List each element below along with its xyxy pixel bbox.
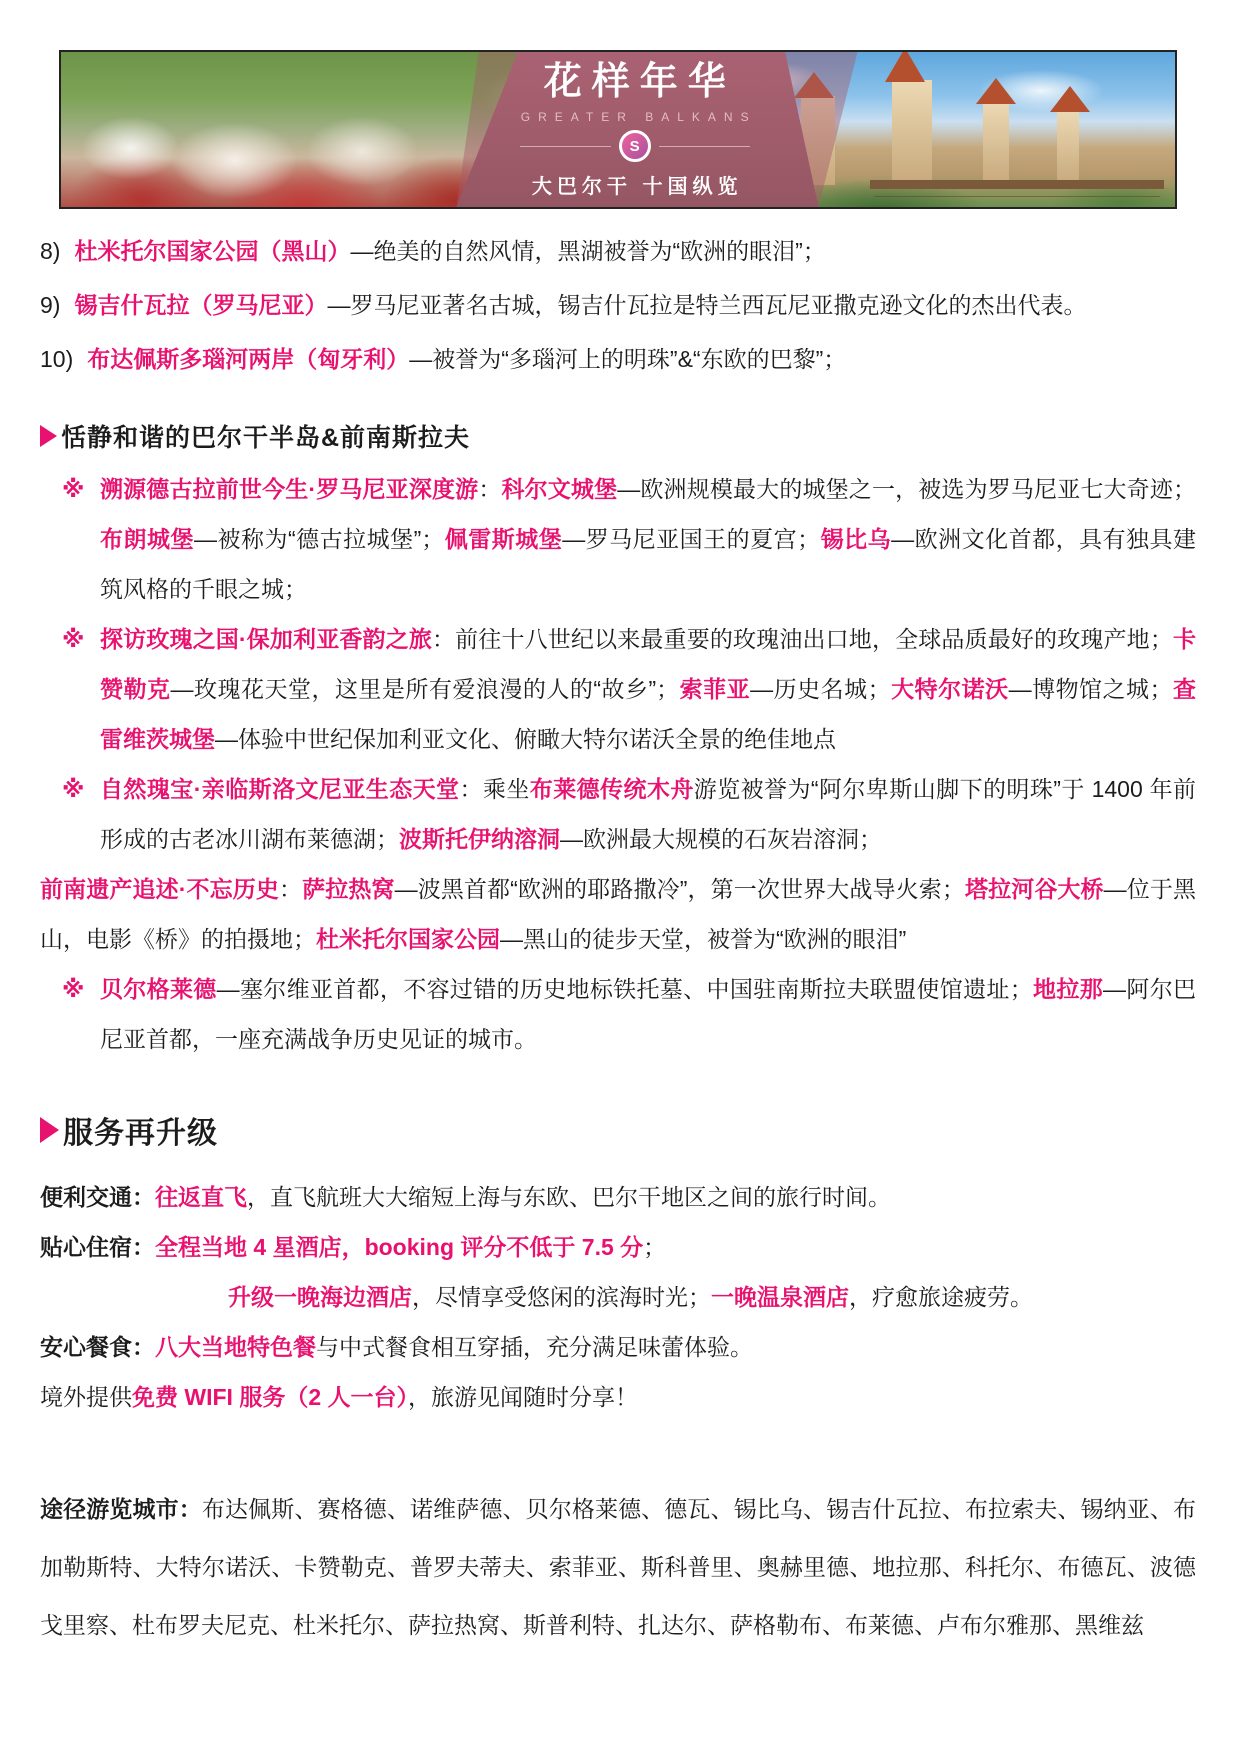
section-header-balkan: 恬静和谐的巴尔干半岛&前南斯拉夫 [40, 418, 1196, 454]
highlight-item: 10)布达佩斯多瑙河两岸（匈牙利）—被誉为“多瑙河上的明珠”&“东欧的巴黎”； [40, 334, 1196, 384]
highlight-item: 8)杜米托尔国家公园（黑山）—绝美的自然风情，黑湖被誉为“欧洲的眼泪”； [40, 226, 1196, 276]
banner-divider: S [520, 130, 750, 162]
service-line: 安心餐食：八大当地特色餐与中式餐食相互穿插，充分满足味蕾体验。 [40, 1322, 1196, 1372]
asterisk-marker: ※ [62, 764, 84, 814]
paragraph-text: 贝尔格莱德—塞尔维亚首都，不容过错的历史地标铁托墓、中国驻南斯拉夫联盟使馆遗址；… [100, 976, 1196, 1052]
service-line: 贴心住宿：全程当地 4 星酒店，booking 评分不低于 7.5 分； [40, 1222, 1196, 1272]
highlight-item: 9)锡吉什瓦拉（罗马尼亚）—罗马尼亚著名古城，锡吉什瓦拉是特兰西瓦尼亚撒克逊文化… [40, 280, 1196, 330]
section-title: 恬静和谐的巴尔干半岛&前南斯拉夫 [61, 418, 470, 454]
highlight-paragraph: ※ 溯源德古拉前世今生·罗马尼亚深度游：科尔文城堡—欧洲规模最大的城堡之一，被选… [40, 464, 1196, 614]
paragraph-text: 自然瑰宝·亲临斯洛文尼亚生态天堂：乘坐布莱德传统木舟游览被誉为“阿尔卑斯山脚下的… [100, 776, 1196, 852]
highlight-paragraph: ※ 贝尔格莱德—塞尔维亚首都，不容过错的历史地标铁托墓、中国驻南斯拉夫联盟使馆遗… [40, 964, 1196, 1064]
banner-subtitle: GREATER BALKANS [513, 110, 757, 124]
item-text: 布达佩斯多瑙河两岸（匈牙利）—被誉为“多瑙河上的明珠”&“东欧的巴黎”； [87, 346, 846, 372]
balkan-paragraphs: ※ 溯源德古拉前世今生·罗马尼亚深度游：科尔文城堡—欧洲规模最大的城堡之一，被选… [40, 464, 1196, 1064]
divider-line [659, 146, 750, 147]
banner-title: 花样年华 [534, 62, 736, 100]
castle-tower [1057, 110, 1079, 185]
highlight-paragraph: ※ 自然瑰宝·亲临斯洛文尼亚生态天堂：乘坐布莱德传统木舟游览被誉为“阿尔卑斯山脚… [40, 764, 1196, 864]
service-lines: 便利交通：往返直飞，直飞航班大大缩短上海与东欧、巴尔干地区之间的旅行时间。 贴心… [40, 1172, 1196, 1422]
castle-tower [892, 80, 932, 185]
item-text: 锡吉什瓦拉（罗马尼亚）—罗马尼亚著名古城，锡吉什瓦拉是特兰西瓦尼亚撒克逊文化的杰… [74, 292, 1086, 318]
castle-bridge [870, 180, 1164, 189]
section-header-service: 服务再升级 [40, 1108, 1196, 1152]
triangle-icon [40, 425, 57, 447]
paragraph-text: 溯源德古拉前世今生·罗马尼亚深度游：科尔文城堡—欧洲规模最大的城堡之一，被选为罗… [100, 476, 1196, 602]
divider-line [520, 146, 611, 147]
castle-tower [983, 102, 1009, 185]
numbered-highlights: 8)杜米托尔国家公园（黑山）—绝美的自然风情，黑湖被誉为“欧洲的眼泪”； 9)锡… [40, 226, 1196, 384]
highlight-paragraph: 前南遗产追述·不忘历史：萨拉热窝—波黑首都“欧洲的耶路撒冷”，第一次世界大战导火… [40, 864, 1196, 964]
service-line: 升级一晚海边酒店，尽情享受悠闲的滨海时光；一晚温泉酒店，疗愈旅途疲劳。 [40, 1272, 1196, 1322]
travel-flyer-page: { "accent": "#e91170", "banner": { "titl… [0, 0, 1236, 1747]
paragraph-text: 前南遗产追述·不忘历史：萨拉热窝—波黑首都“欧洲的耶路撒冷”，第一次世界大战导火… [40, 876, 1196, 952]
asterisk-marker: ※ [62, 464, 84, 514]
item-number: 8) [40, 238, 60, 264]
header-banner: 花样年华 GREATER BALKANS S 大巴尔干 十国纵览 [59, 50, 1177, 209]
item-text: 杜米托尔国家公园（黑山）—绝美的自然风情，黑湖被誉为“欧洲的眼泪”； [74, 238, 825, 264]
asterisk-marker: ※ [62, 614, 84, 664]
cities-paragraph: 途径游览城市：布达佩斯、赛格德、诺维萨德、贝尔格莱德、德瓦、锡比乌、锡吉什瓦拉、… [40, 1480, 1196, 1654]
banner-tagline: 大巴尔干 十国纵览 [527, 170, 743, 199]
service-line: 境外提供免费 WIFI 服务（2 人一台），旅游见闻随时分享！ [40, 1372, 1196, 1422]
banner-content: 花样年华 GREATER BALKANS S 大巴尔干 十国纵览 [462, 52, 807, 207]
item-number: 9) [40, 292, 60, 318]
page: 花样年华 GREATER BALKANS S 大巴尔干 十国纵览 8)杜米托尔国… [0, 50, 1236, 1654]
asterisk-marker: ※ [62, 964, 84, 1014]
item-number: 10) [40, 346, 73, 372]
paragraph-text: 探访玫瑰之国·保加利亚香韵之旅：前往十八世纪以来最重要的玫瑰油出口地，全球品质最… [100, 626, 1196, 752]
triangle-icon [40, 1117, 59, 1143]
brand-logo-icon: S [619, 130, 651, 162]
highlight-paragraph: ※ 探访玫瑰之国·保加利亚香韵之旅：前往十八世纪以来最重要的玫瑰油出口地，全球品… [40, 614, 1196, 764]
section-title: 服务再升级 [63, 1108, 218, 1152]
service-line: 便利交通：往返直飞，直飞航班大大缩短上海与东欧、巴尔干地区之间的旅行时间。 [40, 1172, 1196, 1222]
